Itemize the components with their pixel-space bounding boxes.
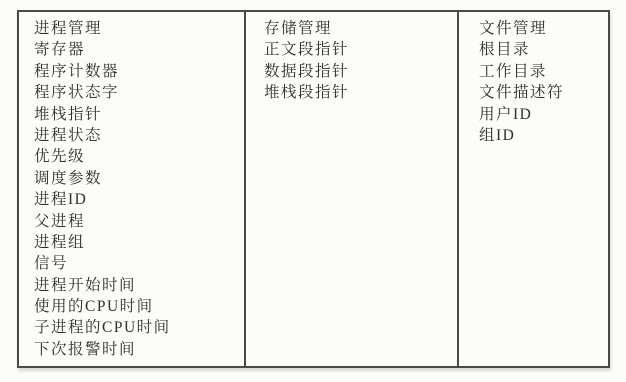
field-label: 文件描述符 bbox=[479, 82, 608, 103]
field-label: 父进程 bbox=[34, 211, 244, 232]
field-label: 用户ID bbox=[479, 104, 608, 125]
field-label: 组ID bbox=[479, 125, 608, 146]
field-label: 进程开始时间 bbox=[34, 275, 244, 296]
column-file-management: 文件管理 根目录 工作目录 文件描述符 用户ID 组ID bbox=[457, 12, 608, 366]
field-label: 使用的CPU时间 bbox=[34, 296, 244, 317]
field-label: 进程状态 bbox=[34, 125, 244, 146]
field-label: 进程组 bbox=[34, 232, 244, 253]
field-label: 优先级 bbox=[34, 146, 244, 167]
field-label: 工作目录 bbox=[479, 61, 608, 82]
field-label: 程序计数器 bbox=[34, 61, 244, 82]
column-header-process-management: 进程管理 bbox=[34, 18, 244, 39]
field-label: 正文段指针 bbox=[264, 39, 457, 60]
column-header-storage-management: 存储管理 bbox=[264, 18, 457, 39]
field-label: 堆栈段指针 bbox=[264, 82, 457, 103]
field-label: 寄存器 bbox=[34, 39, 244, 60]
field-label: 下次报警时间 bbox=[34, 339, 244, 360]
field-label: 调度参数 bbox=[34, 168, 244, 189]
column-process-management: 进程管理 寄存器 程序计数器 程序状态字 堆栈指针 进程状态 优先级 调度参数 … bbox=[19, 12, 244, 366]
field-label: 子进程的CPU时间 bbox=[34, 317, 244, 338]
field-label: 进程ID bbox=[34, 189, 244, 210]
column-storage-management: 存储管理 正文段指针 数据段指针 堆栈段指针 bbox=[244, 12, 457, 366]
process-table-figure: 进程管理 寄存器 程序计数器 程序状态字 堆栈指针 进程状态 优先级 调度参数 … bbox=[17, 10, 610, 368]
field-label: 信号 bbox=[34, 253, 244, 274]
field-label: 堆栈指针 bbox=[34, 104, 244, 125]
field-label: 数据段指针 bbox=[264, 61, 457, 82]
field-label: 程序状态字 bbox=[34, 82, 244, 103]
field-label: 根目录 bbox=[479, 39, 608, 60]
column-header-file-management: 文件管理 bbox=[479, 18, 608, 39]
